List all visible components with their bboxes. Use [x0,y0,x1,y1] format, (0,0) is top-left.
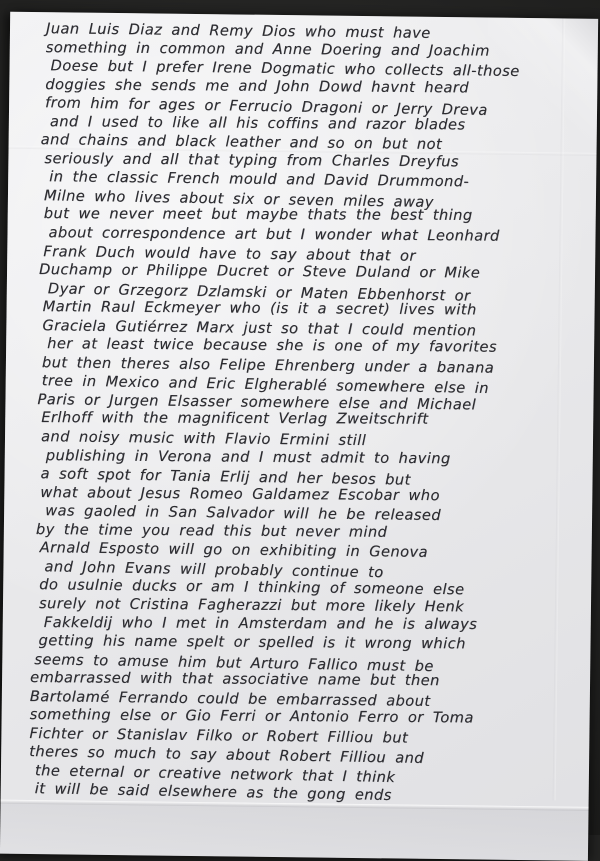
handwritten-line: and I used to like all his coffins and r… [33,113,581,136]
handwritten-line: Erlhoff with the magnificent Verlag Zwei… [29,409,577,430]
letter-paper: Juan Luis Diaz and Remy Dios who must ha… [0,12,598,835]
photo-background: Juan Luis Diaz and Remy Dios who must ha… [0,0,600,835]
handwritten-line: by the time you read this but never mind [28,521,576,544]
handwritten-line: what about Jesus Romeo Galdamez Escobar … [28,484,576,507]
handwriting-block: Juan Luis Diaz and Remy Dios who must ha… [25,20,582,806]
handwritten-line: something in common and Anne Doering and… [34,39,582,62]
handwritten-line: Fakkeldij who I met in Amsterdam and he … [27,613,575,634]
handwritten-line: but we never meet but maybe thats the be… [32,205,580,226]
